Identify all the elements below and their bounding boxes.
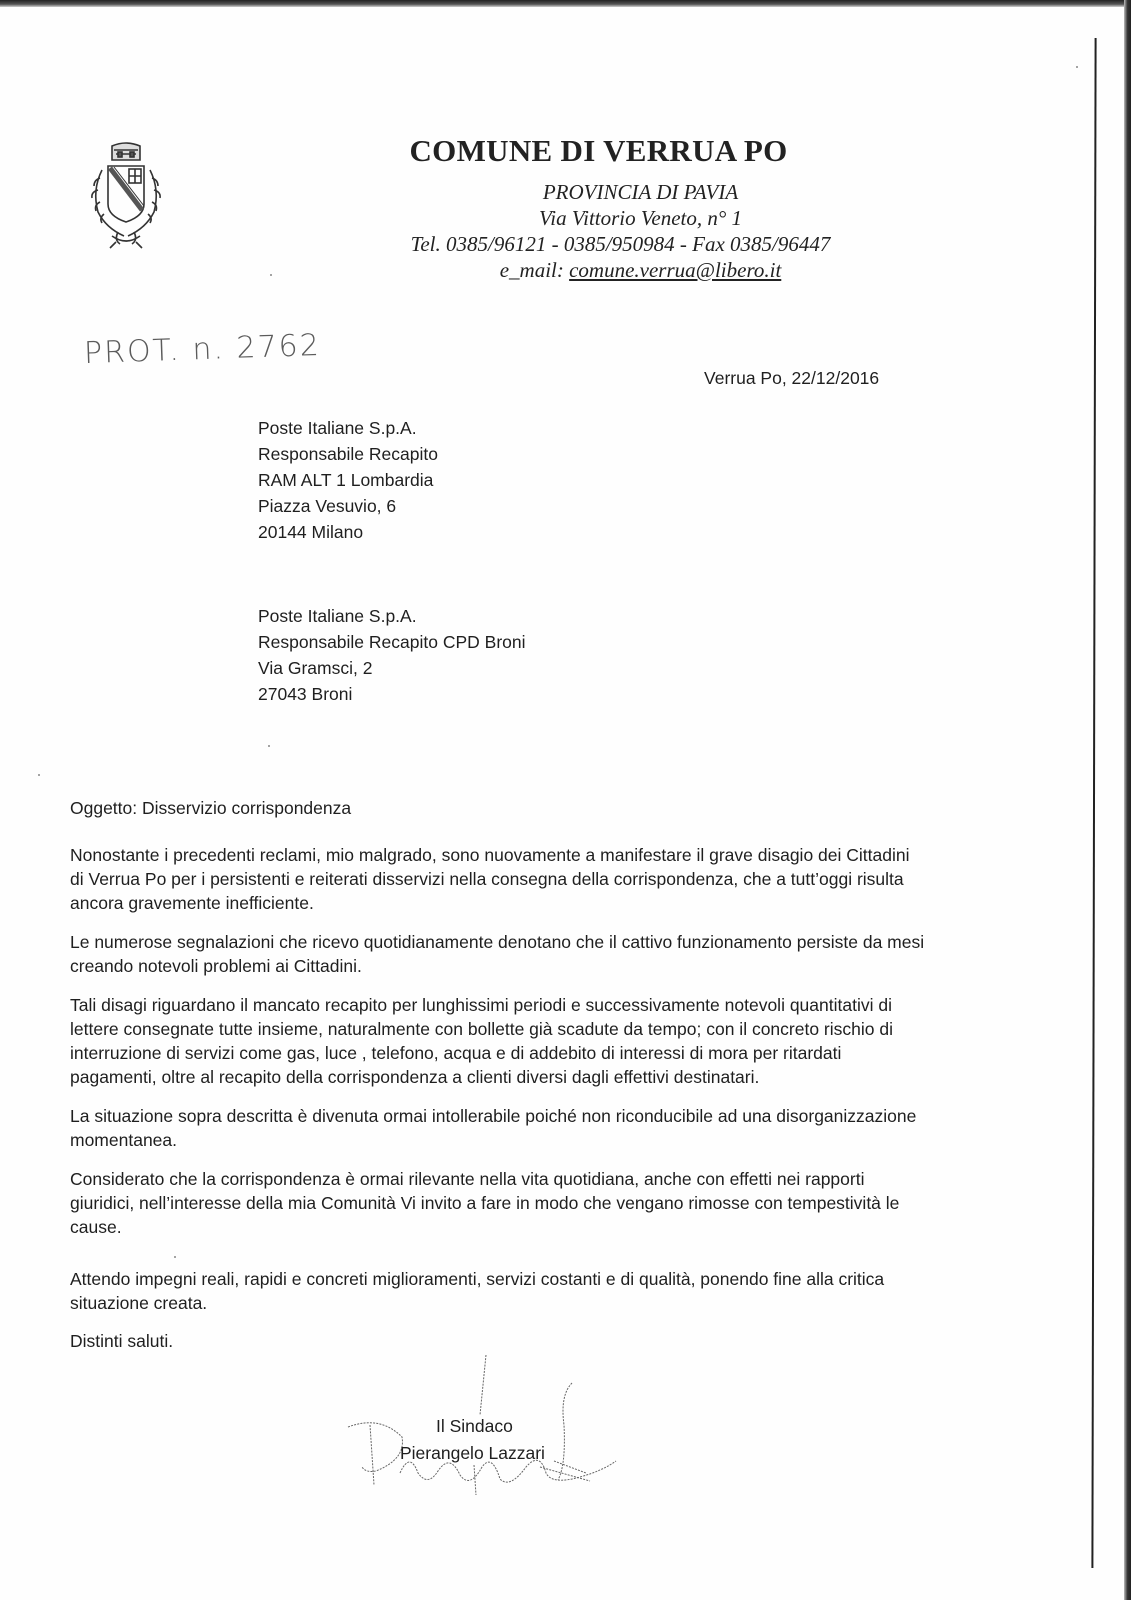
body-line: La situazione sopra descritta è divenuta…: [70, 1103, 916, 1129]
scan-speck: [268, 745, 270, 747]
recipient-line: Poste Italiane S.p.A.: [258, 603, 417, 629]
body-line: ancora gravemente inefficiente.: [70, 890, 314, 916]
body-line: Nonostante i precedenti reclami, mio mal…: [70, 842, 909, 868]
municipality-title: COMUNE DI VERRUA PO: [58, 133, 1131, 169]
body-line: momentanea.: [70, 1127, 177, 1153]
handwritten-protocol-number: PROT. n. 2762: [83, 328, 321, 371]
scanned-letter-page: COMUNE DI VERRUA PO PROVINCIA DI PAVIA V…: [0, 0, 1131, 1600]
province-line: PROVINCIA DI PAVIA: [100, 180, 1131, 205]
body-line: cause.: [70, 1214, 122, 1240]
scan-speck: [270, 274, 272, 276]
body-line: interruzione di servizi come gas, luce ,…: [70, 1040, 841, 1066]
place-date: Verrua Po, 22/12/2016: [704, 365, 879, 391]
recipient-line: Responsabile Recapito CPD Broni: [258, 629, 526, 655]
recipient-line: Via Gramsci, 2: [258, 655, 372, 681]
email-line: e_mail: comune.verrua@libero.it: [100, 258, 1131, 283]
recipient-line: Piazza Vesuvio, 6: [258, 493, 396, 519]
signatory-title: Il Sindaco: [436, 1413, 513, 1439]
scan-edge-top: [0, 0, 1131, 7]
subject-line: Oggetto: Disservizio corrispondenza: [70, 795, 351, 821]
recipient-line: Poste Italiane S.p.A.: [258, 415, 417, 441]
closing-salutation: Distinti saluti.: [70, 1328, 173, 1354]
email-link[interactable]: comune.verrua@libero.it: [569, 258, 781, 282]
recipient-line: 27043 Broni: [258, 681, 352, 707]
recipient-line: Responsabile Recapito: [258, 441, 438, 467]
body-line: creando notevoli problemi ai Cittadini.: [70, 953, 362, 979]
phone-fax-line: Tel. 0385/96121 - 0385/950984 - Fax 0385…: [80, 232, 1131, 257]
body-line: Tali disagi riguardano il mancato recapi…: [70, 992, 892, 1018]
address-line: Via Vittorio Veneto, n° 1: [100, 206, 1131, 231]
body-line: giuridici, nell’interesse della mia Comu…: [70, 1190, 899, 1216]
recipient-line: 20144 Milano: [258, 519, 363, 545]
scan-speck: [174, 1256, 176, 1258]
signatory-name: Pierangelo Lazzari: [400, 1440, 545, 1466]
scan-speck: [38, 774, 40, 776]
body-line: Attendo impegni reali, rapidi e concreti…: [70, 1266, 884, 1292]
body-line: Considerato che la corrispondenza è orma…: [70, 1166, 864, 1192]
body-line: pagamenti, oltre al recapito della corri…: [70, 1064, 759, 1090]
body-line: situazione creata.: [70, 1290, 207, 1316]
body-line: Le numerose segnalazioni che ricevo quot…: [70, 929, 924, 955]
recipient-line: RAM ALT 1 Lombardia: [258, 467, 433, 493]
body-line: lettere consegnate tutte insieme, natura…: [70, 1016, 893, 1042]
body-line: di Verrua Po per i persistenti e reitera…: [70, 866, 904, 892]
scan-speck: [1076, 66, 1078, 68]
email-label: e_mail:: [500, 258, 569, 282]
